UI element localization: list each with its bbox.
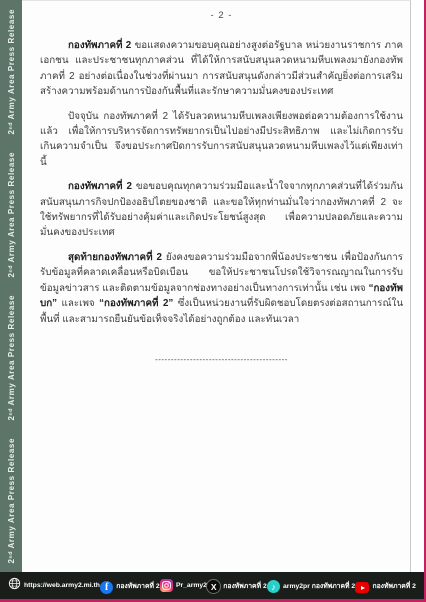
footer-link-youtube[interactable]: กองทัพภาคที่ 2 bbox=[355, 577, 415, 595]
page-number: - 2 - bbox=[40, 10, 403, 21]
tiktok-icon: ♪ bbox=[267, 577, 280, 595]
paragraph-bold-text: กองทัพภาคที่ 2 bbox=[68, 40, 131, 51]
sidebar-vertical-label: 2ⁿᵈ Army Area Press Release bbox=[7, 295, 16, 421]
page-body-row: 2ⁿᵈ Army Area Press Release2ⁿᵈ Army Area… bbox=[0, 0, 424, 572]
document-paragraph: กองทัพภาคที่ 2 ขอขอบคุณทุกความร่วมมือและ… bbox=[40, 179, 403, 241]
paragraph-bold-text: “กองทัพภาคที่ 2” bbox=[99, 298, 173, 309]
youtube-icon bbox=[355, 577, 369, 595]
footer-link-label: Pr_army2 bbox=[176, 582, 207, 589]
instagram-icon bbox=[160, 577, 173, 595]
paragraph-text: ปัจจุบัน กองทัพภาคที่ 2 ได้รับลวดหนามหีบ… bbox=[40, 111, 403, 168]
paragraph-bold-text: สุดท้ายกองทัพภาคที่ 2 bbox=[68, 252, 162, 263]
footer-link-website[interactable]: https://web.army2.mi.th bbox=[8, 577, 100, 595]
sidebar-vertical-label: 2ⁿᵈ Army Area Press Release bbox=[7, 438, 16, 564]
end-of-document-separator: ----------------------------------------… bbox=[147, 355, 297, 364]
press-release-page-frame: 2ⁿᵈ Army Area Press Release2ⁿᵈ Army Area… bbox=[0, 0, 426, 602]
footer-link-tiktok[interactable]: ♪army2pr กองทัพภาคที่ 2 bbox=[267, 577, 355, 595]
document-body: กองทัพภาคที่ 2 ขอแสดงความขอบคุณอย่างสูงต… bbox=[40, 38, 403, 327]
document-paragraph: สุดท้ายกองทัพภาคที่ 2 ยังคงขอความร่วมมือ… bbox=[40, 250, 403, 327]
footer-link-x[interactable]: Xกองทัพภาคที่ 2 bbox=[207, 577, 266, 595]
footer-link-label: กองทัพภาคที่ 2 bbox=[116, 580, 159, 591]
paragraph-text: และเพจ bbox=[57, 298, 99, 309]
globe-icon bbox=[8, 577, 21, 595]
paragraph-bold-text: กองทัพภาคที่ 2 bbox=[68, 181, 132, 192]
footer-link-facebook[interactable]: fกองทัพภาคที่ 2 bbox=[100, 577, 159, 595]
sidebar-vertical-label: 2ⁿᵈ Army Area Press Release bbox=[7, 152, 16, 278]
footer-link-label: กองทัพภาคที่ 2 bbox=[223, 580, 266, 591]
press-release-sidebar: 2ⁿᵈ Army Area Press Release2ⁿᵈ Army Area… bbox=[0, 0, 22, 572]
footer-link-label: army2pr กองทัพภาคที่ 2 bbox=[283, 580, 355, 591]
sidebar-vertical-label: 2ⁿᵈ Army Area Press Release bbox=[7, 9, 16, 135]
footer-link-label: https://web.army2.mi.th bbox=[24, 582, 100, 589]
document-page: - 2 - กองทัพภาคที่ 2 ขอแสดงความขอบคุณอย่… bbox=[22, 0, 411, 572]
document-paragraph: ปัจจุบัน กองทัพภาคที่ 2 ได้รับลวดหนามหีบ… bbox=[40, 109, 403, 171]
footer-link-label: กองทัพภาคที่ 2 bbox=[372, 580, 415, 591]
social-channels-footer: https://web.army2.mi.thfกองทัพภาคที่ 2Pr… bbox=[0, 572, 424, 599]
facebook-icon: f bbox=[100, 577, 113, 595]
x-icon: X bbox=[207, 577, 220, 595]
document-paragraph: กองทัพภาคที่ 2 ขอแสดงความขอบคุณอย่างสูงต… bbox=[40, 38, 403, 100]
footer-link-instagram[interactable]: Pr_army2 bbox=[160, 577, 207, 595]
